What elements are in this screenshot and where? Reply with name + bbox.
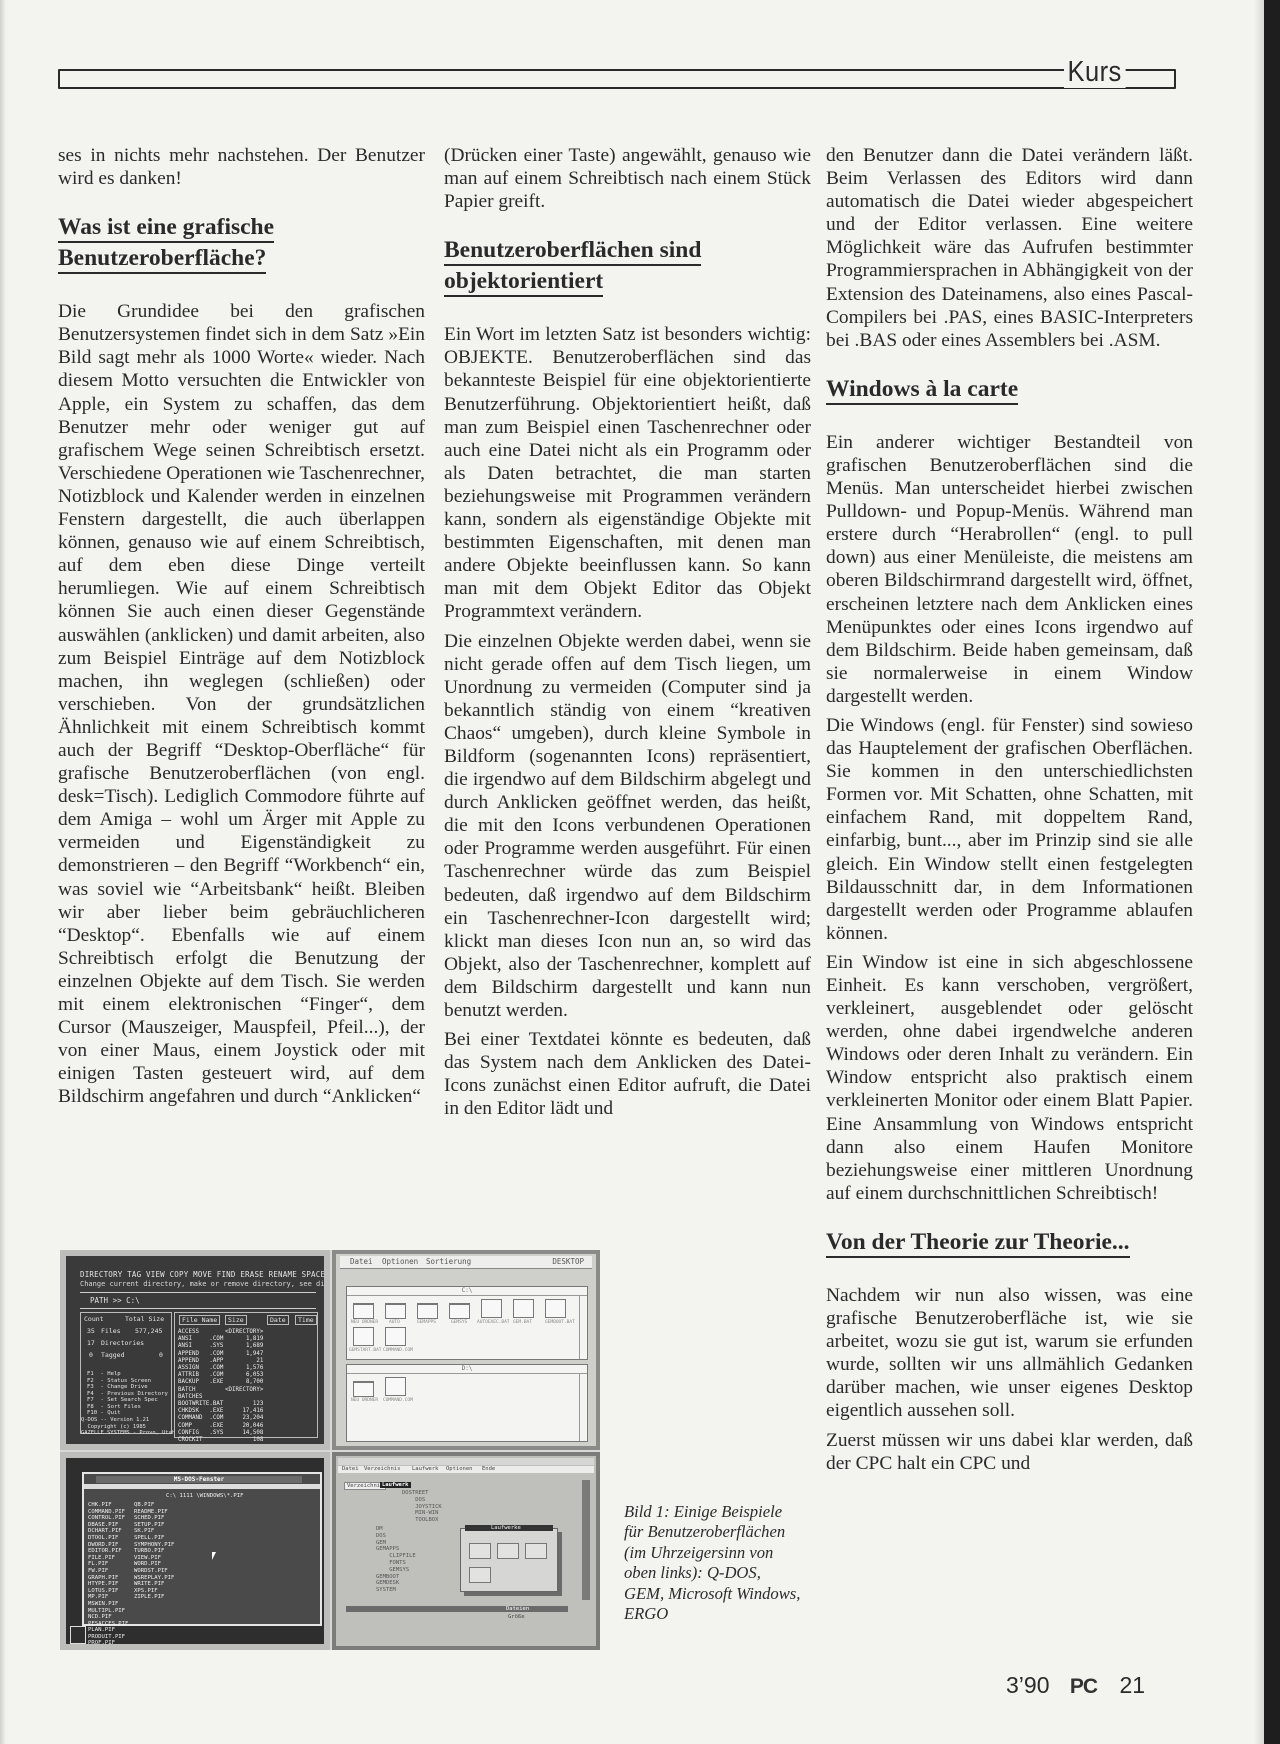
column-header: File Name <box>179 1315 220 1325</box>
drive-button <box>469 1567 491 1583</box>
icon-label: AUTO <box>389 1320 400 1325</box>
dialog-title: Laufwerke <box>491 1525 521 1531</box>
icon-label: GEMSYS <box>451 1320 467 1325</box>
screenshot-windows: MS-DOS-Fenster C:\ 1111 \WINDOWS\*.PIF C… <box>60 1452 330 1650</box>
ergo-titlebar <box>338 1458 594 1465</box>
paragraph: den Benutzer dann die Datei verändern lä… <box>826 144 1193 352</box>
paragraph: Nachdem wir nun also wissen, was eine gr… <box>826 1284 1193 1423</box>
icon-label: GEM.BAT <box>513 1320 532 1325</box>
icon-label: COMMAND.COM <box>383 1348 413 1353</box>
gem-desktop-label: DESKTOP <box>552 1257 584 1266</box>
page-edge-right <box>1264 0 1280 1744</box>
gem-menu-item: Sortierung <box>426 1257 471 1266</box>
qdos-menu: DIRECTORY TAG VIEW COPY MOVE FIND ERASE … <box>80 1270 330 1279</box>
paragraph: Die einzelnen Objekte werden dabei, wenn… <box>444 630 811 1023</box>
tab-laufwerk: Laufwerk <box>380 1482 411 1488</box>
ergo-status-bar <box>346 1606 568 1612</box>
section-heading: Windows à la carte <box>826 374 1193 405</box>
windows-msdos-window: MS-DOS-Fenster C:\ 1111 \WINDOWS\*.PIF C… <box>82 1472 322 1626</box>
folder-icon <box>385 1303 406 1319</box>
qdos-file-list: File Name Size Date Time ACCESS ANSI .CO… <box>174 1312 318 1438</box>
magazine-logo: PC <box>1070 1675 1097 1698</box>
tagged-size: 0 <box>159 1351 163 1359</box>
files-size: 577,245 <box>135 1327 162 1335</box>
folder-icon <box>353 1381 374 1397</box>
mouse-cursor-icon <box>212 1552 216 1560</box>
qdos-version: Q-DOS -- Version 1.21 Copyright (c) 1985… <box>81 1417 175 1437</box>
status-label: Dateien <box>506 1606 529 1612</box>
drive-button <box>497 1543 519 1559</box>
gem-window-d: D:\ NEU ORDNER COMMAND.COM <box>346 1364 588 1442</box>
file-icon <box>513 1299 534 1318</box>
tagged-label: Tagged <box>101 1351 124 1359</box>
heading-text: Was ist eine grafische Benutzeroberfläch… <box>58 214 274 274</box>
ergo-menu-item: Verzeichnis <box>364 1466 400 1472</box>
drive-button <box>525 1543 547 1559</box>
file-names: ACCESS ANSI .COM ANSI .SYS APPEND .COM A… <box>178 1329 223 1444</box>
file-icon <box>481 1299 502 1318</box>
file-icon <box>353 1327 374 1346</box>
column-header: Time <box>295 1315 317 1325</box>
paragraph: Bei einer Textdatei könnte es bedeuten, … <box>444 1028 811 1120</box>
gem-menubar: Datei Optionen Sortierung DESKTOP <box>340 1256 592 1269</box>
scrollbar <box>579 1295 587 1359</box>
section-heading: Von der Theorie zur Theorie... <box>826 1227 1193 1258</box>
ergo-menubar: Datei Verzeichnis Laufwerk Optionen Ende <box>338 1466 594 1473</box>
qdos-menu-hint: Change current directory, make or remove… <box>80 1280 330 1288</box>
window-title: C:\ <box>347 1287 587 1296</box>
scrollbar <box>579 1373 587 1441</box>
drive-button <box>469 1543 491 1559</box>
divider <box>80 1292 316 1293</box>
column-header: Size <box>225 1315 247 1325</box>
page-edge-shadow <box>1254 0 1264 1744</box>
directory-tree-top: DOSTREET DOS JOYSTICK MIN-WIN TOOLBOX <box>402 1490 442 1524</box>
files-label: Files <box>101 1327 121 1335</box>
ergo-menu-item: Datei <box>342 1466 359 1472</box>
ergo-menu-item: Ende <box>482 1466 495 1472</box>
ergo-scrollbar <box>582 1480 590 1600</box>
dirs-count: 17 <box>87 1339 95 1347</box>
window-title: MS-DOS-Fenster <box>96 1476 302 1483</box>
heading-text: Windows à la carte <box>826 376 1018 405</box>
icon-label: AUTOEXEC.BAT <box>477 1320 510 1325</box>
section-label: Kurs <box>1064 56 1125 88</box>
figure-screenshots: DIRECTORY TAG VIEW COPY MOVE FIND ERASE … <box>60 1250 600 1650</box>
section-heading: Was ist eine grafische Benutzeroberfläch… <box>58 212 425 274</box>
screenshot-qdos: DIRECTORY TAG VIEW COPY MOVE FIND ERASE … <box>60 1250 330 1450</box>
paragraph: ses in nichts mehr nachstehen. Der Benut… <box>58 144 425 190</box>
window-menubar <box>84 1484 320 1489</box>
minimized-app-icon <box>70 1626 86 1644</box>
icon-label: NEU ORDNER <box>351 1398 378 1403</box>
header-rule <box>58 69 1176 89</box>
heading-text: Von der Theorie zur Theorie... <box>826 1229 1130 1258</box>
paragraph: Ein Window ist eine in sich abgeschlosse… <box>826 951 1193 1205</box>
issue-number: 3’90 <box>1006 1672 1049 1698</box>
icon-label: GEMBOOT.BAT <box>545 1320 575 1325</box>
column-1: ses in nichts mehr nachstehen. Der Benut… <box>58 144 425 1108</box>
screenshot-ergo: Datei Verzeichnis Laufwerk Optionen Ende… <box>332 1452 600 1650</box>
total-size-label: Total Size <box>125 1315 164 1323</box>
paragraph: Die Grundidee bei den grafischen Benutze… <box>58 300 425 1108</box>
page-edge-left <box>0 0 6 1744</box>
files-count: 35 <box>87 1327 95 1335</box>
paragraph: Ein anderer wichtiger Bestandteil von gr… <box>826 431 1193 708</box>
section-heading: Benutzeroberflächen sind objektorientier… <box>444 235 811 297</box>
gem-window-c: C:\ NEU ORDNER AUTO GEMAPPS GEMSYS AUTOE… <box>346 1286 588 1360</box>
ergo-drives-dialog: Laufwerke <box>460 1528 558 1592</box>
paragraph: Ein Wort im letzten Satz ist besonders w… <box>444 323 811 623</box>
icon-label: GEMSTART.BAT <box>349 1348 382 1353</box>
ergo-menu-item: Laufwerk <box>412 1466 439 1472</box>
page-number: 21 <box>1119 1672 1145 1698</box>
count-label: Count <box>84 1315 104 1323</box>
screenshot-gem: Datei Optionen Sortierung DESKTOP C:\ NE… <box>332 1250 600 1450</box>
file-sizes: <DIRECTORY> 1,819 1,689 1,947 21 1,576 6… <box>225 1329 263 1450</box>
ergo-menu-item: Optionen <box>446 1466 473 1472</box>
file-icon <box>385 1327 406 1346</box>
window-path: C:\ 1111 \WINDOWS\*.PIF <box>166 1493 243 1499</box>
column-header: Date <box>267 1315 289 1325</box>
icon-label: GEMAPPS <box>417 1320 436 1325</box>
folder-icon <box>449 1303 470 1319</box>
icon-label: NEU ORDNER <box>351 1320 378 1325</box>
heading-text: Benutzeroberflächen sind objektorientier… <box>444 237 701 297</box>
dirs-label: Directories <box>101 1339 144 1347</box>
file-icon <box>545 1299 566 1318</box>
paragraph: (Drücken einer Taste) angewählt, genauso… <box>444 144 811 213</box>
qdos-path: PATH >> C:\ <box>90 1296 140 1305</box>
qdos-help: F1 - Help F2 - Status Screen F3 - Change… <box>87 1371 168 1417</box>
qdos-stats-panel: Count Total Size 35 Files 577,245 17 Dir… <box>80 1312 172 1434</box>
folder-icon <box>417 1303 438 1319</box>
status-sub-label: Größe <box>508 1614 525 1620</box>
paragraph: Die Windows (engl. für Fenster) sind sow… <box>826 714 1193 945</box>
folder-icon <box>353 1303 374 1319</box>
file-icon <box>385 1377 406 1396</box>
divider <box>80 1308 316 1309</box>
icon-label: COMMAND.COM <box>383 1398 413 1403</box>
page-footer: 3’90 PC 21 <box>1006 1672 1145 1699</box>
paragraph: Zuerst müssen wir uns dabei klar werden,… <box>826 1429 1193 1475</box>
file-list-right: QB.PIF README.PIF SCHED.PIF SETUP.PIF SK… <box>134 1502 174 1601</box>
gem-menu-item: Optionen <box>382 1257 418 1266</box>
column-2: (Drücken einer Taste) angewählt, genauso… <box>444 144 811 1120</box>
gem-menu-item: Datei <box>350 1257 373 1266</box>
window-title: D:\ <box>347 1365 587 1374</box>
directory-tree: DM DOS GEM GEMAPPS CLIPFILE FONTS GEMSYS… <box>376 1526 416 1594</box>
column-3: den Benutzer dann die Datei verändern lä… <box>826 144 1193 1475</box>
figure-caption: Bild 1: Einige Beispiele für Benutzerobe… <box>624 1502 804 1624</box>
file-list-left: CHK.PIF COMMAND.PIF CONTROL.PIF DBASE.PI… <box>88 1502 128 1647</box>
tagged-count: 0 <box>89 1351 93 1359</box>
